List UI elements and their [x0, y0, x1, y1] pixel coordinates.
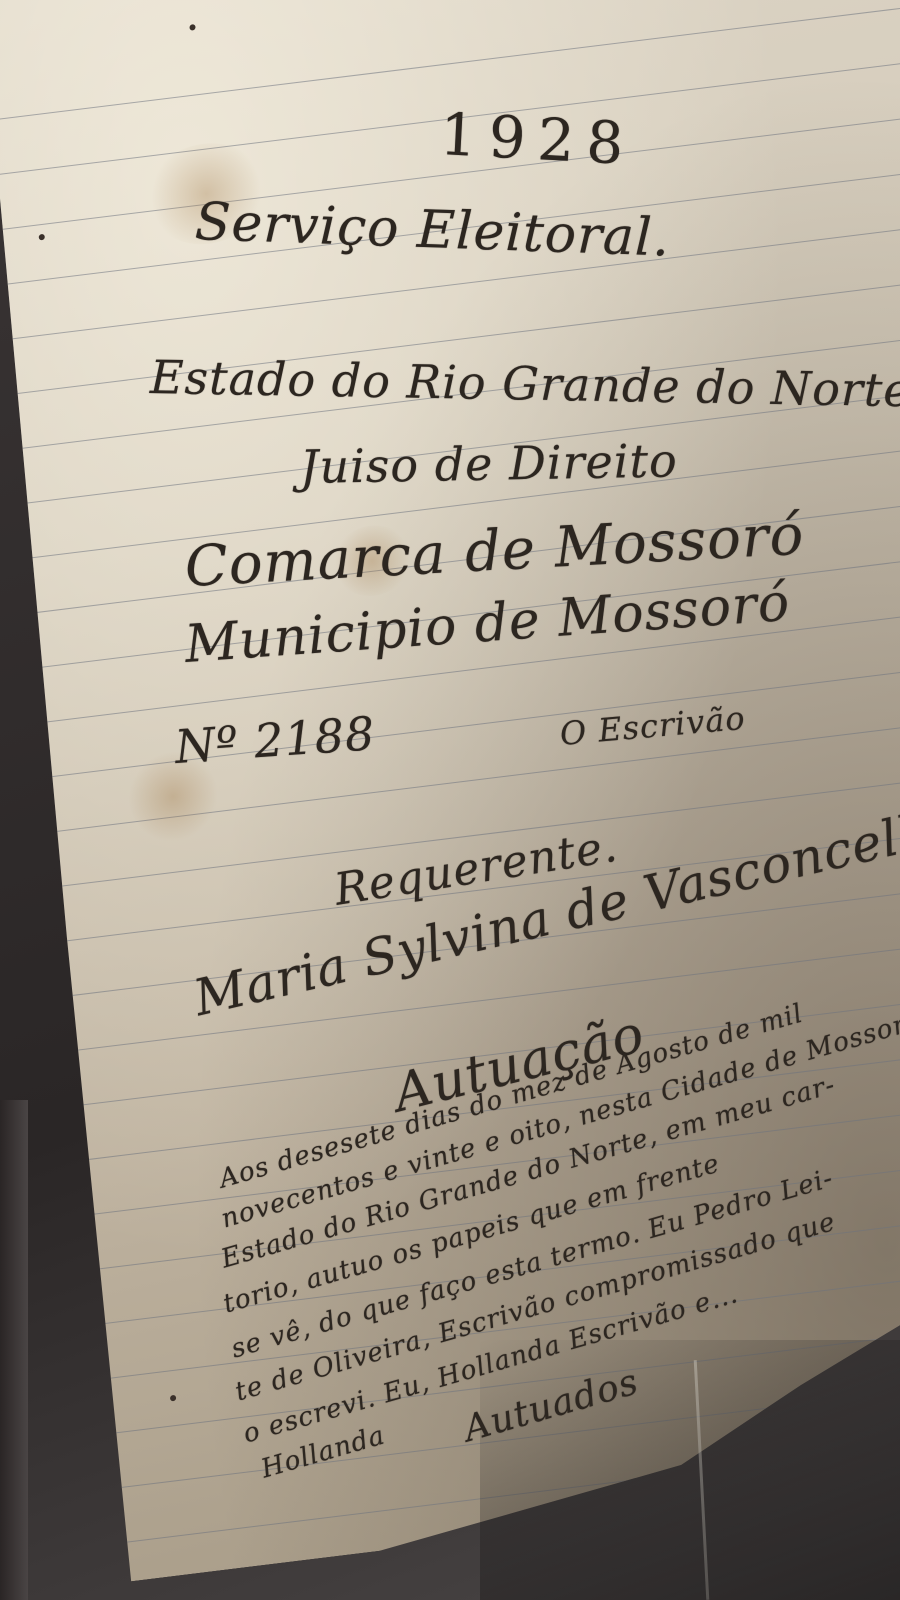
photo-scene: 1928 Serviço Eleitoral. Estado do Rio Gr… [0, 0, 900, 1600]
state-line: Estado do Rio Grande do Norte. [150, 350, 900, 418]
document-heading: Serviço Eleitoral. [194, 192, 671, 269]
court-line: Juiso de Direito [300, 433, 679, 494]
clerk-label: O Escrivão [558, 699, 747, 753]
document-year: 1928 [438, 100, 637, 178]
handwriting-layer: 1928 Serviço Eleitoral. Estado do Rio Gr… [0, 0, 900, 1600]
applicant-name: Maria Sylvina de Vasconcellos [188, 792, 900, 1028]
record-number: Nº 2188 [173, 706, 377, 774]
